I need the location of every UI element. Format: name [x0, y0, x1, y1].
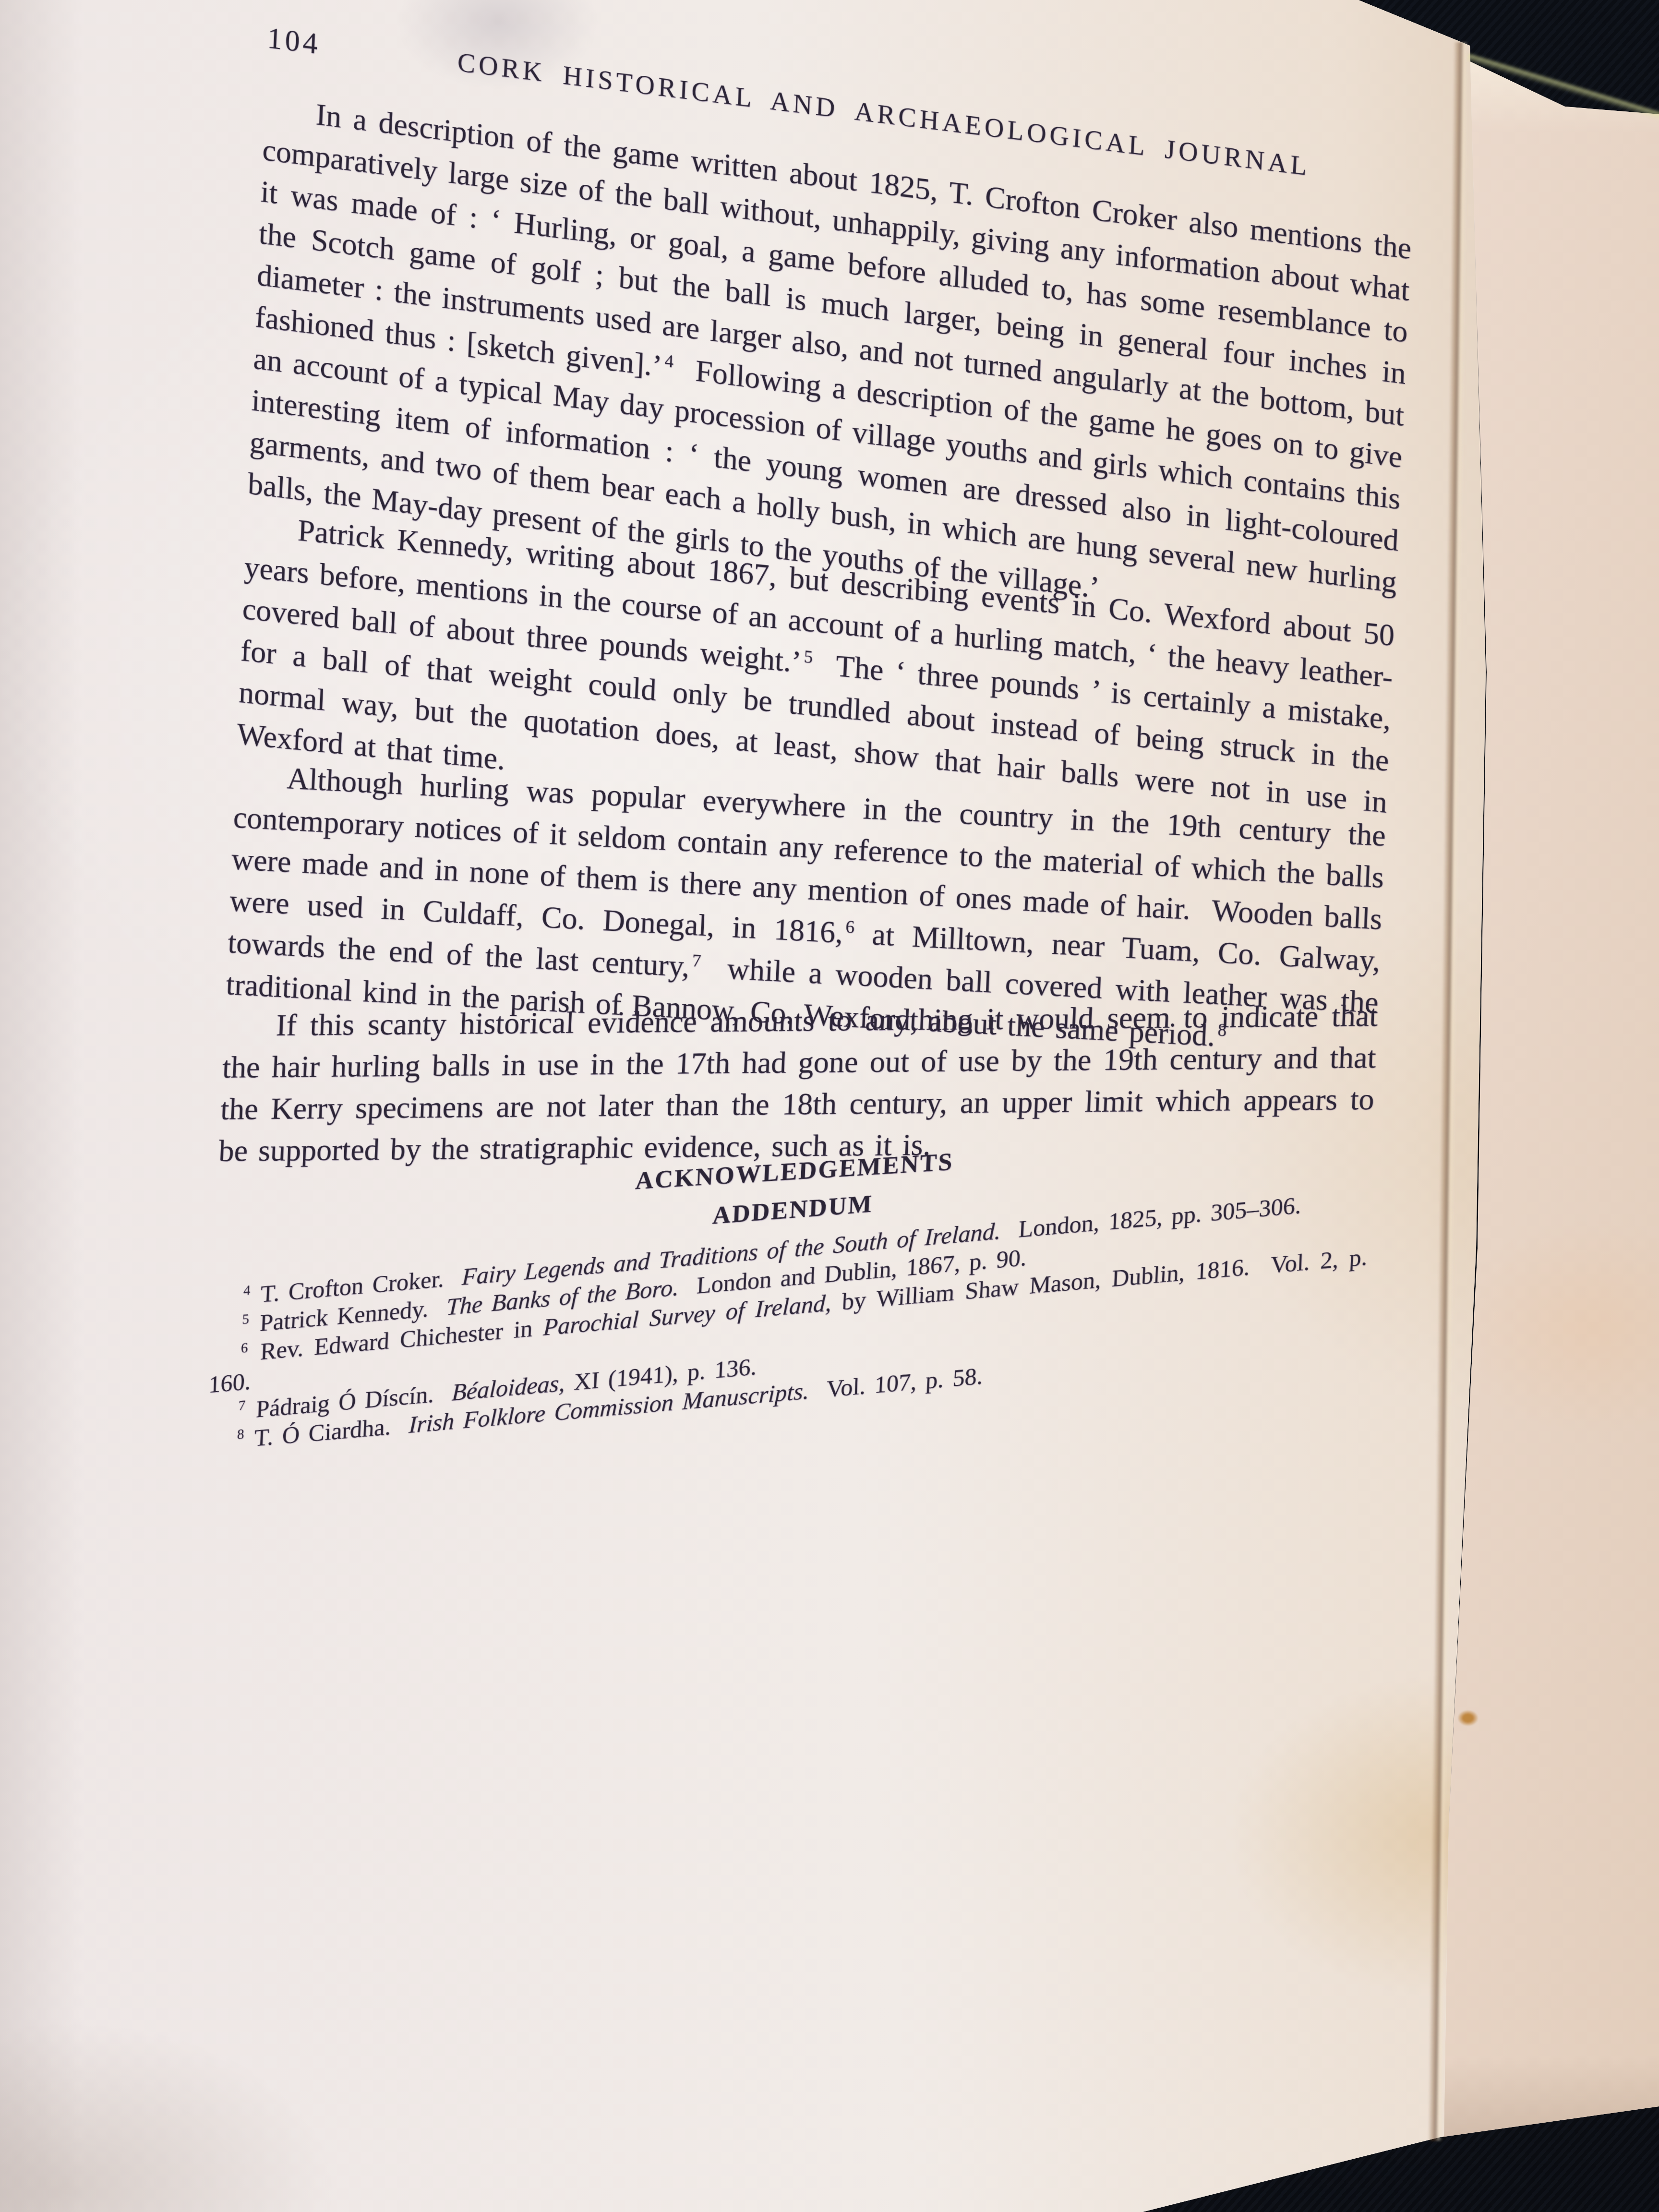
book-cover-background: 104 CORK HISTORICAL AND ARCHAEOLOGICAL J… [0, 0, 1659, 2212]
photo-of-book-page: { "colors":{ "background":"#0c0f15", "pa… [0, 0, 1659, 2212]
book-page: 104 CORK HISTORICAL AND ARCHAEOLOGICAL J… [0, 0, 1659, 2212]
ink-stain [1457, 1710, 1479, 1726]
page-content: 104 CORK HISTORICAL AND ARCHAEOLOGICAL J… [205, 5, 1420, 1507]
page-number: 104 [266, 21, 383, 69]
footnotes: 4 T. Crofton Croker. Fairy Legends and T… [205, 1185, 1370, 1456]
